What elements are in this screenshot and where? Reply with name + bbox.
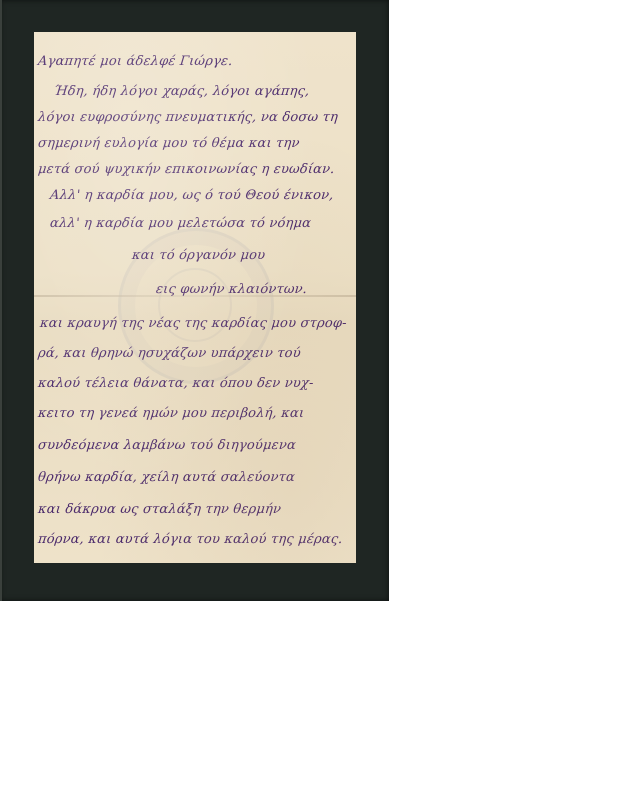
- letter-line: και δάκρυα ως σταλάξη την θερμήν: [37, 502, 282, 517]
- letter-line: εις φωνήν κλαιόντων.: [155, 282, 308, 297]
- letter-line-closing: πόρνα, και αυτά λόγια του καλού της μέρα…: [37, 532, 343, 547]
- letter-line: λόγοι ευφροσύνης πνευματικής, να δοσω τη: [37, 110, 339, 125]
- letter-line: καλού τέλεια θάνατα, και όπου δεν νυχ-: [37, 376, 314, 391]
- letter-line: αλλ' η καρδία μου μελετώσα τό νόημα: [49, 216, 312, 231]
- letter-line: κειτο τη γενεά ημών μου περιβολή, και: [37, 406, 305, 421]
- letter-line-salutation: Αγαπητέ μοι άδελφέ Γιώργε.: [37, 54, 233, 69]
- letter-line: σημερινή ευλογία μου τό θέμα και την: [37, 136, 300, 151]
- letter-paper: Αγαπητέ μοι άδελφέ Γιώργε. Ήδη, ήδη λόγο…: [34, 32, 356, 563]
- letter-line: Αλλ' η καρδία μου, ως ό τού Θεού ένικον,: [49, 188, 334, 203]
- letter-line: ρά, και θρηνώ ησυχάζων υπάρχειν τού: [37, 346, 301, 361]
- letter-line: μετά σού ψυχικήν επικοινωνίας η ευωδίαν.: [37, 162, 335, 177]
- letter-line: και τό όργανόν μου: [131, 248, 266, 263]
- frame-edge: [0, 0, 2, 601]
- letter-line: θρήνω καρδία, χείλη αυτά σαλεύοντα: [37, 470, 296, 485]
- letter-line: Ήδη, ήδη λόγοι χαράς, λόγοι αγάπης,: [53, 84, 310, 99]
- letter-line: συνδεόμενα λαμβάνω τού διηγούμενα: [37, 438, 296, 453]
- letter-line: και κραυγή της νέας της καρδίας μου στρο…: [39, 316, 347, 331]
